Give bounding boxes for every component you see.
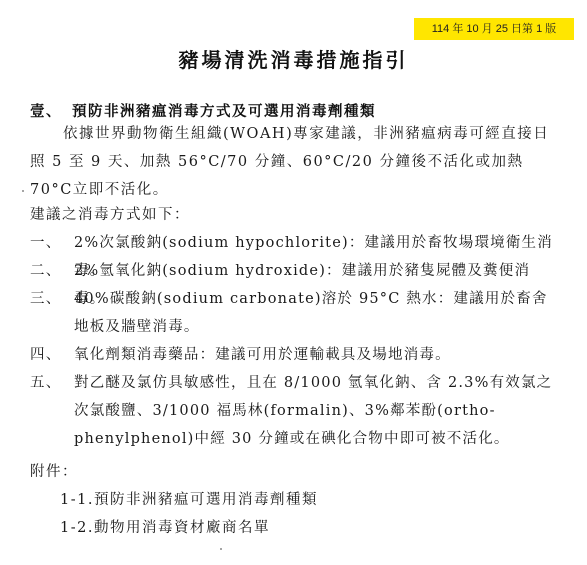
scan-speck [22,190,24,192]
attachment-item: 1-1.預防非洲豬瘟可選用消毒劑種類 [60,486,318,514]
section-number: 壹、 [30,104,62,120]
section-heading-text: 預防非洲豬瘟消毒方式及可選用消毒劑種類 [72,104,376,120]
list-marker: 五、 [30,369,74,453]
list-item-text: 對乙醚及氯仿具敏感性，且在 8/1000 氫氧化鈉、含 2.3%有效氯之次氯酸鹽… [74,369,560,453]
attachment-item: 1-2.動物用消毒資材廠商名單 [60,514,270,542]
methods-label: 建議之消毒方式如下： [30,201,560,229]
list-item: 四、 氧化劑類消毒藥品：建議可用於運輸載具及場地消毒。 [30,341,560,369]
section-heading: 壹、預防非洲豬瘟消毒方式及可選用消毒劑種類 [30,100,376,121]
list-item: 五、 對乙醚及氯仿具敏感性，且在 8/1000 氫氧化鈉、含 2.3%有效氯之次… [30,369,560,453]
list-item-text: 氧化劑類消毒藥品：建議可用於運輸載具及場地消毒。 [74,341,560,369]
scan-speck [220,548,222,550]
version-badge: 114 年 10 月 25 日第 1 版 [414,18,574,40]
page-title: 豬場清洗消毒措施指引 [0,44,587,73]
list-marker: 四、 [30,341,74,369]
attachments-label: 附件： [30,458,78,486]
list-item: 三、 40%碳酸鈉(sodium carbonate)溶於 95°C 熱水：建議… [30,285,560,341]
intro-paragraph: 依據世界動物衛生組織(WOAH)專家建議，非洲豬瘟病毒可經直接日照 5 至 9 … [30,120,560,204]
list-item-text: 40%碳酸鈉(sodium carbonate)溶於 95°C 熱水：建議用於畜… [74,285,560,341]
list-marker: 三、 [30,285,74,341]
